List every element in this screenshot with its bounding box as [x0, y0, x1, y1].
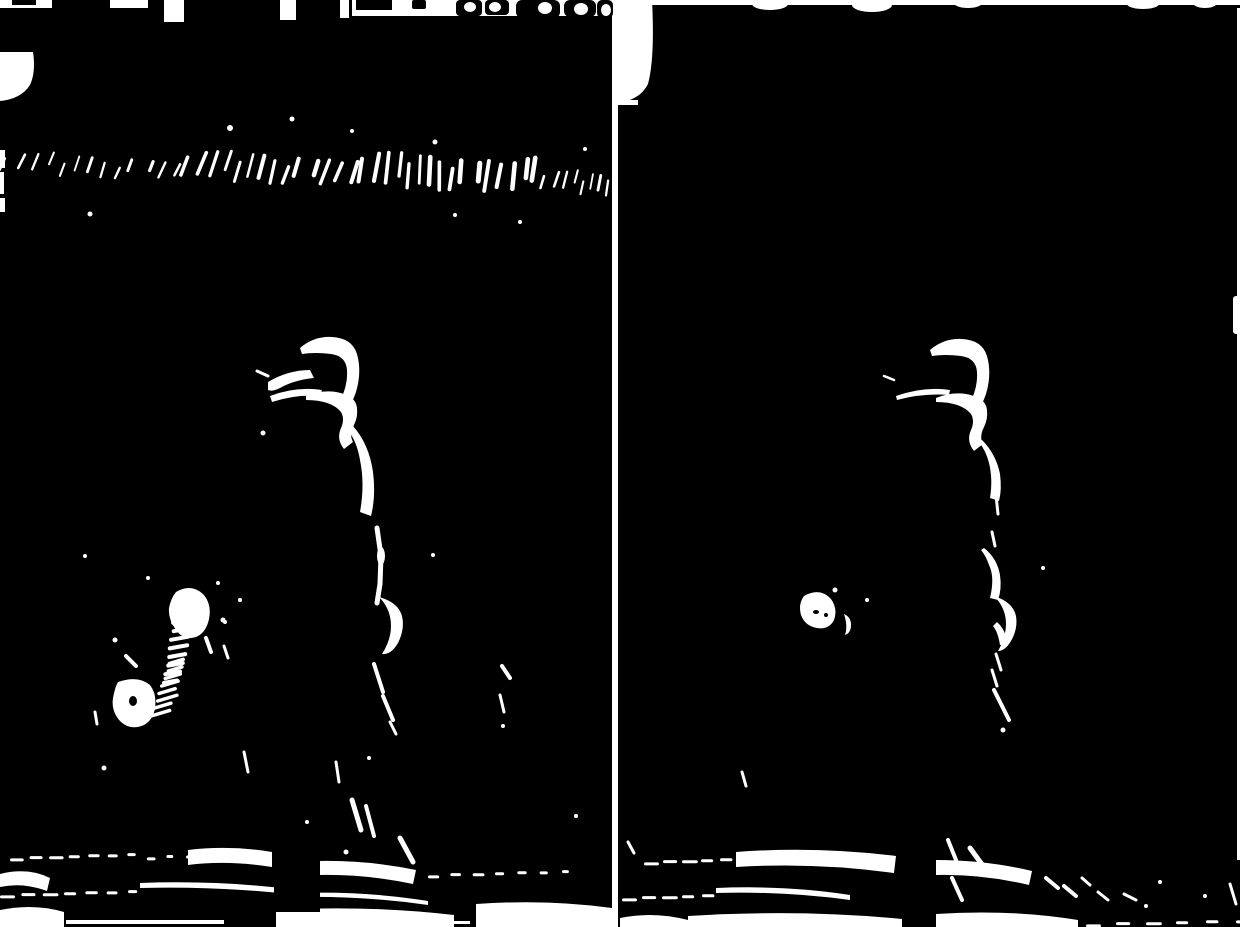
bundle-speck: [824, 613, 828, 617]
ridge-gap: [340, 0, 349, 18]
leg-shadow-gap: [898, 840, 932, 916]
speckle-dot: [583, 147, 587, 151]
dash-mark: [85, 891, 97, 894]
stack-stroke: [169, 654, 185, 657]
dash-mark: [663, 860, 677, 863]
paving-edge: [430, 921, 470, 924]
dash-mark: [128, 890, 137, 893]
right-photo-panel: [618, 0, 1240, 927]
photo-base: [618, 0, 1240, 927]
hatch-stroke: [429, 157, 430, 184]
paving-speckle-dot: [1158, 880, 1162, 884]
dash-mark: [1176, 921, 1188, 924]
edge-notch: [1233, 296, 1240, 334]
roof-edge-mark: [12, 0, 36, 5]
dash-mark: [30, 856, 43, 859]
ornament-arch: [464, 2, 476, 12]
screenshot-stage: [0, 0, 1240, 927]
photo-base: [0, 0, 612, 927]
chimney: [62, 0, 105, 32]
dash-mark: [702, 894, 714, 897]
dash-mark: [450, 873, 461, 876]
speckle-dot: [227, 125, 233, 131]
speckle-dot: [453, 213, 457, 217]
hatch-stroke: [512, 163, 514, 188]
hatch-stroke: [526, 159, 528, 178]
porter-speckle-dot: [102, 766, 107, 771]
dash-mark: [0, 895, 15, 898]
porter-speckle-dot: [83, 554, 87, 558]
dash-mark: [64, 892, 76, 895]
dash-mark: [622, 898, 637, 901]
dash-mark: [517, 871, 526, 874]
speckle-dot: [290, 117, 295, 122]
bundle-speck: [813, 610, 819, 614]
ornament-arch: [538, 2, 552, 14]
ornament-arch: [574, 3, 588, 15]
paving-speckle-dot: [1203, 894, 1207, 898]
dash-mark: [720, 858, 732, 861]
dash-mark: [108, 854, 118, 857]
figure-speckle-dot: [1001, 728, 1006, 733]
dash-mark: [682, 895, 694, 898]
ridge-ornament: [412, 0, 426, 9]
paving-band: [476, 902, 612, 927]
dash-mark: [682, 860, 698, 863]
dash-mark: [147, 857, 156, 860]
porter-speckle-dot: [216, 581, 220, 585]
dash-mark: [1236, 920, 1240, 923]
speckle-dot: [433, 140, 438, 145]
edge-mark: [0, 198, 5, 212]
wall-gap-step: [618, 100, 638, 105]
left-photo-panel: [0, 0, 613, 927]
dash-mark: [701, 859, 713, 862]
figure-speckle-dot: [344, 850, 349, 855]
ornament-arch: [601, 4, 611, 16]
porter-speckle-dot: [113, 638, 118, 643]
figure-speckle-dot: [501, 724, 505, 728]
hatch-stroke: [407, 164, 409, 188]
hatch-stroke: [478, 163, 480, 181]
ridge-ornament: [356, 0, 392, 10]
hatch-stroke: [419, 156, 420, 183]
porter-speckle-dot: [238, 598, 242, 602]
photo-canvas: [0, 0, 1240, 927]
ridge-ornament: [516, 0, 560, 18]
binarized-photo-pair: [0, 0, 1240, 927]
dash-mark: [88, 854, 99, 857]
dash-mark: [540, 871, 548, 874]
dash-mark: [662, 896, 678, 899]
figure-speckle-dot: [833, 588, 838, 593]
figure-speckle-dot: [305, 820, 309, 824]
dash-mark: [127, 853, 135, 856]
figure-speckle-dot: [574, 814, 578, 818]
dash-mark: [69, 855, 80, 858]
porter-speckle-dot: [146, 576, 150, 580]
dash-mark: [43, 893, 59, 896]
dash-mark: [495, 872, 504, 875]
dash-mark: [166, 855, 173, 858]
panel-gutter: [612, 0, 618, 927]
ridge-gap: [164, 0, 184, 22]
figure-speckle-dot: [431, 553, 435, 557]
speckle-dot: [350, 129, 354, 133]
dash-mark: [428, 875, 439, 878]
dash-mark: [1116, 922, 1130, 925]
figure-speckle-dot: [1041, 566, 1045, 570]
dash-mark: [107, 891, 118, 894]
dash-mark: [1146, 922, 1162, 925]
edge-mark: [0, 172, 4, 194]
porter-tick: [95, 712, 97, 724]
dash-mark: [10, 858, 24, 861]
ridge-gap: [280, 0, 296, 20]
figure-speckle-dot: [865, 598, 869, 602]
figure-speckle-dot: [261, 431, 266, 436]
speckle-dot: [88, 212, 93, 217]
leg-shadow-gap: [274, 838, 320, 912]
dash-mark: [644, 862, 659, 865]
figure-speckle-dot: [367, 756, 371, 760]
paving-speckle-dot: [1144, 904, 1148, 908]
dash-mark: [642, 896, 656, 899]
paving-corner: [0, 907, 64, 927]
ornament-arch: [489, 2, 501, 12]
sack-shadow: [129, 696, 137, 706]
dash-mark: [562, 870, 569, 873]
porter-speckle-dot: [221, 618, 226, 623]
dash-mark: [1206, 920, 1218, 923]
speckle-dot: [518, 220, 522, 224]
paving-edge: [66, 920, 224, 924]
dash-mark: [473, 873, 485, 876]
dash-mark: [21, 893, 35, 896]
dash-mark: [49, 856, 63, 859]
hatch-stroke: [460, 161, 462, 182]
